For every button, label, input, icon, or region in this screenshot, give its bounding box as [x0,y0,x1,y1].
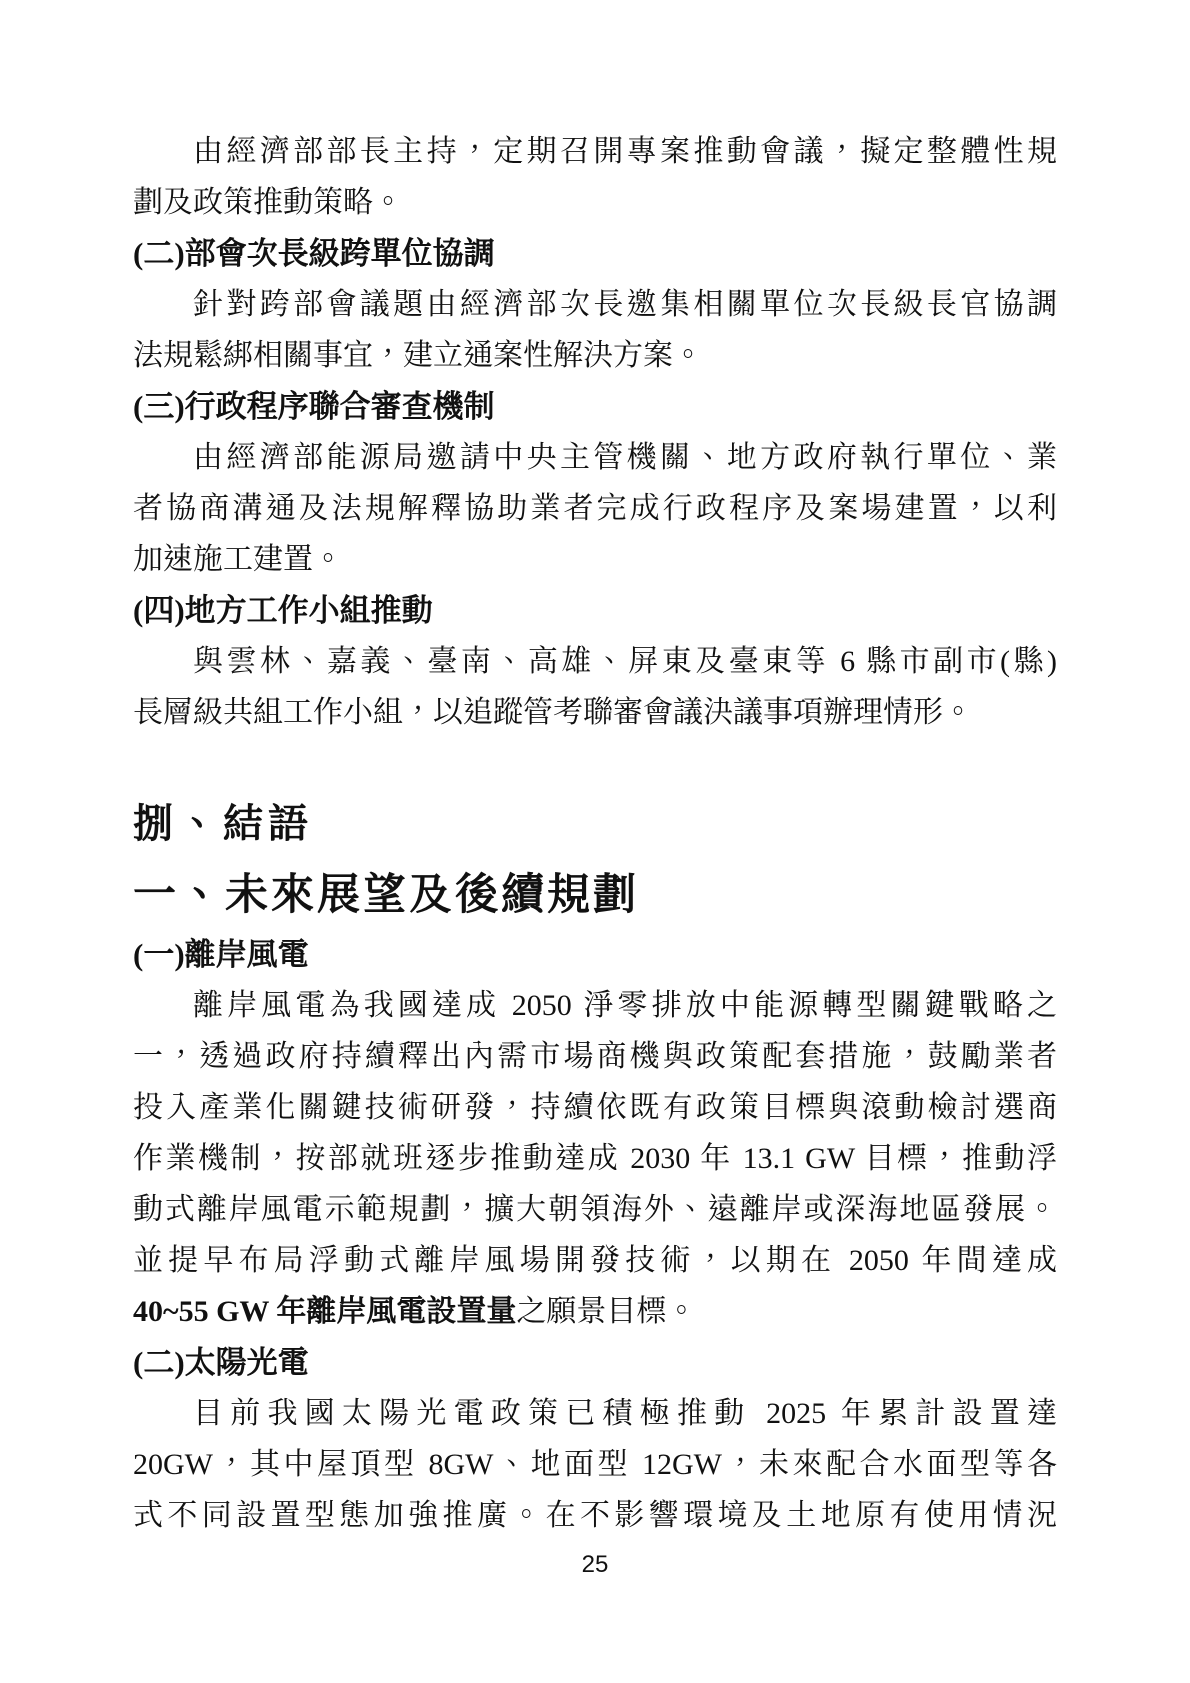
paragraph-line: 針對跨部會議題由經濟部次長邀集相關單位次長級長官協調 [133,279,1057,330]
body-text: 之願景目標。 [516,1295,696,1328]
subheading: (二)太陽光電 [133,1337,1057,1388]
bold-text: 40~55 GW 年離岸風電設置量 [133,1295,516,1328]
page-number: 25 [0,1550,1190,1580]
body-text: 離岸風電為我國達成 2050 淨零排放中能源轉型關鍵戰略之 [193,989,1057,1022]
body-text: 由經濟部能源局邀請中央主管機關、地方政府執行單位、業 [193,441,1057,474]
paragraph-line: 作業機制，按部就班逐步推動達成 2030 年 13.1 GW 目標，推動浮 [133,1133,1057,1184]
subheading: (一)離岸風電 [133,929,1057,980]
subheading: (四)地方工作小組推動 [133,585,1057,636]
body-text: 動式離岸風電示範規劃，擴大朝領海外、遠離岸或深海地區發展。 [133,1193,1057,1226]
body-text: 加速施工建置。 [133,543,343,576]
body-text: 作業機制，按部就班逐步推動達成 2030 年 13.1 GW 目標，推動浮 [133,1142,1057,1175]
paragraph-line: 與雲林、嘉義、臺南、高雄、屏東及臺東等 6 縣市副市(縣) [133,636,1057,687]
paragraph-line: 離岸風電為我國達成 2050 淨零排放中能源轉型關鍵戰略之 [133,980,1057,1031]
body-text: 劃及政策推動策略。 [133,186,403,219]
paragraph-line: 目前我國太陽光電政策已積極推動 2025 年累計設置達 [133,1388,1057,1439]
paragraph-line: 者協商溝通及法規解釋協助業者完成行政程序及案場建置，以利 [133,483,1057,534]
document-page: 由經濟部部長主持，定期召開專案推動會議，擬定整體性規劃及政策推動策略。(二)部會… [0,0,1190,1683]
paragraph-line: 式不同設置型態加強推廣。在不影響環境及土地原有使用情況 [133,1490,1057,1541]
paragraph-line: 由經濟部部長主持，定期召開專案推動會議，擬定整體性規 [133,126,1057,177]
body-text: 長層級共組工作小組，以追蹤管考聯審會議決議事項辦理情形。 [133,696,973,729]
body-text: 針對跨部會議題由經濟部次長邀集相關單位次長級長官協調 [193,288,1057,321]
body-text: 式不同設置型態加強推廣。在不影響環境及土地原有使用情況 [133,1499,1057,1532]
paragraph-line: 20GW，其中屋頂型 8GW、地面型 12GW，未來配合水面型等各 [133,1439,1057,1490]
subheading: (二)部會次長級跨單位協調 [133,228,1057,279]
body-text: 並提早布局浮動式離岸風場開發技術，以期在 2050 年間達成 [133,1244,1057,1277]
paragraph-line: 並提早布局浮動式離岸風場開發技術，以期在 2050 年間達成 [133,1235,1057,1286]
paragraph-line: 劃及政策推動策略。 [133,177,1057,228]
paragraph-line: 動式離岸風電示範規劃，擴大朝領海外、遠離岸或深海地區發展。 [133,1184,1057,1235]
body-text: 由經濟部部長主持，定期召開專案推動會議，擬定整體性規 [193,135,1057,168]
body-text: 者協商溝通及法規解釋協助業者完成行政程序及案場建置，以利 [133,492,1057,525]
body-text: 目前我國太陽光電政策已積極推動 2025 年累計設置達 [193,1397,1057,1430]
paragraph-line: 由經濟部能源局邀請中央主管機關、地方政府執行單位、業 [133,432,1057,483]
chapter-heading: 捌、結語 [133,795,1057,853]
paragraph-line: 投入產業化關鍵技術研發，持續依既有政策目標與滾動檢討選商 [133,1082,1057,1133]
paragraph-line: 加速施工建置。 [133,534,1057,585]
body-text: 與雲林、嘉義、臺南、高雄、屏東及臺東等 6 縣市副市(縣) [193,645,1057,678]
paragraph-line: 法規鬆綁相關事宜，建立通案性解決方案。 [133,330,1057,381]
paragraph-line: 40~55 GW 年離岸風電設置量之願景目標。 [133,1286,1057,1337]
paragraph-line: 長層級共組工作小組，以追蹤管考聯審會議決議事項辦理情形。 [133,687,1057,738]
paragraph-line: 一，透過政府持續釋出內需市場商機與政策配套措施，鼓勵業者 [133,1031,1057,1082]
document-content: 由經濟部部長主持，定期召開專案推動會議，擬定整體性規劃及政策推動策略。(二)部會… [133,126,1057,1541]
body-text: 投入產業化關鍵技術研發，持續依既有政策目標與滾動檢討選商 [133,1091,1057,1124]
body-text: 20GW，其中屋頂型 8GW、地面型 12GW，未來配合水面型等各 [133,1448,1057,1481]
body-text: 法規鬆綁相關事宜，建立通案性解決方案。 [133,339,703,372]
section-heading: 一、未來展望及後續規劃 [133,865,1057,927]
subheading: (三)行政程序聯合審查機制 [133,381,1057,432]
body-text: 一，透過政府持續釋出內需市場商機與政策配套措施，鼓勵業者 [133,1040,1057,1073]
